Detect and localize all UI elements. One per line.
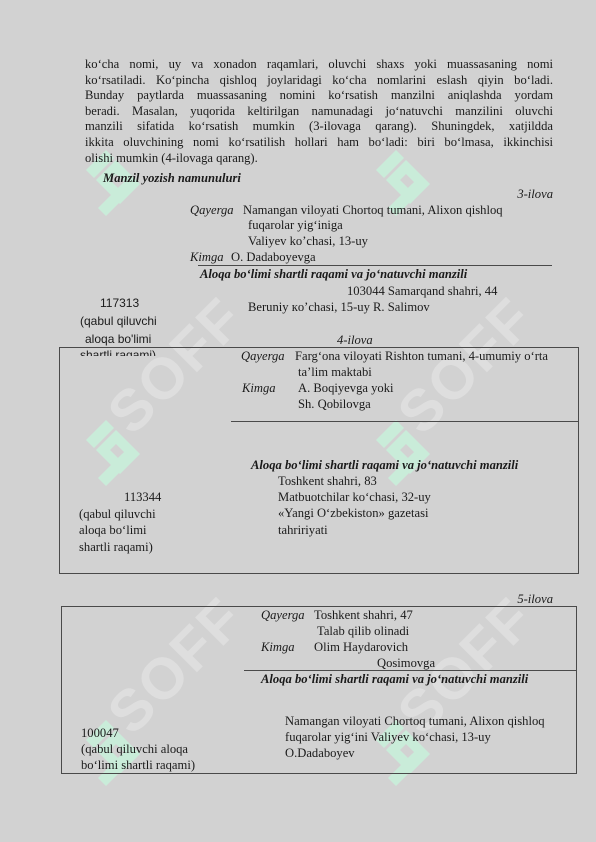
paragraph-line: olishi mumkin (4-ilovaga qarang). bbox=[85, 151, 553, 167]
postal-caption: shartli raqami) bbox=[80, 348, 156, 356]
qayerga-line: fuqarolar yig‘iniga bbox=[248, 218, 343, 233]
box-border-right bbox=[576, 606, 577, 773]
box-border-top bbox=[61, 606, 576, 607]
qayerga-line: ta’lim maktabi bbox=[298, 365, 372, 380]
postal-caption: (qabul qiluvchi aloqa bbox=[81, 742, 188, 757]
postal-caption: aloqa bo‘limi bbox=[79, 523, 147, 538]
intro-paragraph: ko‘cha nomi, uy va xonadon raqamlari, ol… bbox=[85, 57, 553, 166]
postal-code: 113344 bbox=[124, 490, 161, 505]
qayerga-label: Qayerga bbox=[190, 203, 234, 218]
sender-line: Toshkent shahri, 83 bbox=[278, 474, 377, 489]
appendix-label: 5-ilova bbox=[517, 592, 553, 607]
qayerga-line: Talab qilib olinadi bbox=[317, 624, 409, 639]
sender-heading: Aloqa bo‘limi shartli raqami va jo‘natuv… bbox=[200, 267, 467, 282]
box-border-left bbox=[61, 606, 62, 773]
qayerga-line: Farg‘ona viloyati Rishton tumani, 4-umum… bbox=[295, 349, 548, 364]
paragraph-line: ikkita oluvchining nomi ko‘rsatilish hol… bbox=[85, 135, 553, 151]
paragraph-line: manzili sifatida ko‘rsatish mumkin (3-il… bbox=[85, 119, 553, 135]
kimga-line: O. Dadaboyevga bbox=[231, 250, 316, 265]
kimga-label: Kimga bbox=[190, 250, 224, 265]
box-border-bottom bbox=[59, 573, 579, 574]
postal-caption: (qabul qiluvchi bbox=[79, 507, 156, 522]
postal-code: 117313 bbox=[100, 296, 139, 311]
section-heading: Manzil yozish namunuluri bbox=[103, 171, 241, 186]
paragraph-line: ko‘rsatiladi. Ko‘pincha qishloq joylarid… bbox=[85, 73, 553, 89]
paragraph-line: beradi. Masalan, yuqorida keltirilgan na… bbox=[85, 104, 553, 120]
paragraph-line: ko‘cha nomi, uy va xonadon raqamlari, ol… bbox=[85, 57, 553, 73]
qayerga-label: Qayerga bbox=[261, 608, 305, 623]
sender-line: Beruniy кo’chasi, 15-uy R. Salimov bbox=[248, 300, 430, 315]
kimga-label: Kimga bbox=[242, 381, 276, 396]
watermark-text: SOFF bbox=[95, 585, 257, 747]
sender-heading: Aloqa bo‘limi shartli raqami va jo‘natuv… bbox=[261, 672, 528, 687]
appendix-label: 4-ilova bbox=[337, 333, 373, 348]
sender-line: Namangan viloyati Chortoq tumani, Alixon… bbox=[285, 714, 545, 729]
sender-line: O.Dadaboyev bbox=[285, 746, 355, 761]
qayerga-label: Qayerga bbox=[241, 349, 285, 364]
sender-line: tahririyati bbox=[278, 523, 328, 538]
kimga-line: Olim Haydarovich bbox=[314, 640, 408, 655]
sender-line: 103044 Samarqand shahri, 44 bbox=[347, 284, 497, 299]
box-border-top bbox=[59, 347, 578, 348]
paragraph-line: Bunday paytlarda muassasaning nomini ko‘… bbox=[85, 88, 553, 104]
kimga-line: A. Boqiyevga yoki bbox=[298, 381, 394, 396]
postal-code: 100047 bbox=[81, 726, 119, 741]
divider bbox=[231, 421, 578, 422]
sender-line: «Yangi O‘zbekiston» gazetasi bbox=[278, 506, 429, 521]
appendix-label: 3-ilova bbox=[517, 187, 553, 202]
divider bbox=[198, 265, 552, 266]
postal-caption: bo‘limi shartli raqami) bbox=[81, 758, 195, 773]
box-border-left bbox=[59, 347, 60, 573]
postal-caption: aloqa bo'limi bbox=[85, 332, 151, 347]
kimga-label: Kimga bbox=[261, 640, 295, 655]
sender-line: fuqarolar yig‘ini Valiyev ko‘chasi, 13-u… bbox=[285, 730, 491, 745]
sender-line: Matbuotchilar ko‘chasi, 32-uy bbox=[278, 490, 431, 505]
sender-heading: Aloqa bo‘limi shartli raqami va jo‘natuv… bbox=[251, 458, 518, 473]
kimga-line: Sh. Qobilovga bbox=[298, 397, 371, 412]
qayerga-line: Valiyev ko’chasi, 13-uy bbox=[248, 234, 368, 249]
kimga-line: Qosimovga bbox=[377, 656, 435, 671]
qayerga-line: Toshkent shahri, 47 bbox=[314, 608, 413, 623]
postal-caption: (qabul qiluvchi bbox=[80, 314, 157, 329]
qayerga-line: Namangan viloyati Chortoq tumani, Alixon… bbox=[243, 203, 503, 218]
box-border-bottom bbox=[61, 773, 577, 774]
postal-caption: shartli raqami) bbox=[79, 540, 153, 555]
box-border-right bbox=[578, 347, 579, 573]
